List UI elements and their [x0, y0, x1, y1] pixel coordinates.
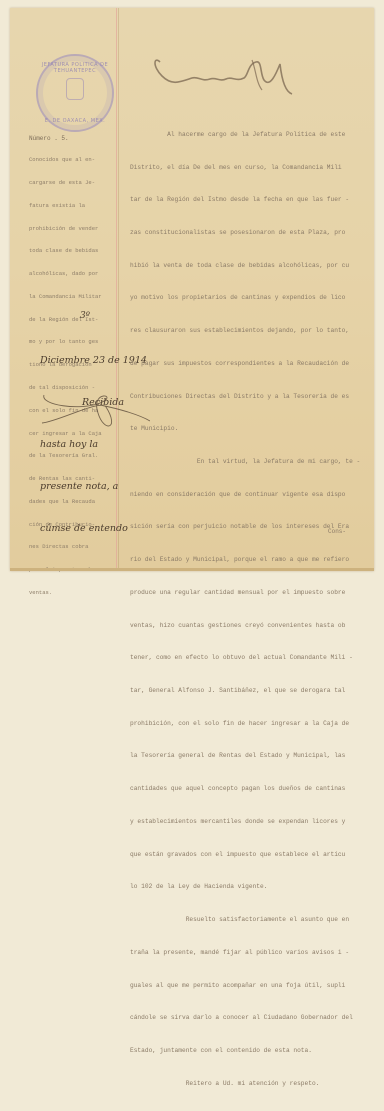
- handwritten-day: 3º: [80, 311, 90, 321]
- document-page: JEFATURA POLITICA DE TEHUANTEPEC E. DE O…: [10, 8, 374, 571]
- summary-line: fatura existia la: [29, 202, 102, 210]
- summary-line: cargarse de esta Je-: [29, 179, 102, 187]
- seal-emblem-icon: [66, 78, 84, 100]
- body-line: Distrito, el día De del mes en curso, la…: [130, 163, 360, 174]
- body-line: Al hacerme cargo de la Jefatura Política…: [130, 130, 360, 141]
- summary-line: de la Región del Ist-: [29, 316, 102, 324]
- summary-line: por el impuesto sobre: [29, 566, 102, 574]
- body-line: sición sería con perjuicio notable de lo…: [130, 522, 360, 533]
- seal-bottom-text: E. DE OAXACA, MEX.: [38, 118, 112, 124]
- summary-line: Conocidos que al en-: [29, 156, 102, 164]
- seal-top-text: JEFATURA POLITICA DE TEHUANTEPEC: [38, 62, 112, 74]
- summary-line: la Comandancia Militar: [29, 293, 102, 301]
- body-line: res clausuraron sus establecimientos dej…: [130, 326, 360, 337]
- summary-line: prohibición de vender: [29, 225, 102, 233]
- letter-body: Al hacerme cargo de la Jefatura Política…: [130, 108, 360, 582]
- summary-line: alcohólicas, dado por: [29, 270, 102, 278]
- body-line: En tal virtud, la Jefatura de mi cargo, …: [130, 457, 360, 468]
- body-line: rio del Estado y Municipal, porque el ra…: [130, 555, 360, 566]
- summary-line: toda clase de bebidas: [29, 247, 102, 255]
- body-line: yo motivo los propietarios de cantinas y…: [130, 293, 360, 304]
- body-line: Contribuciones Directas del Distrito y a…: [130, 392, 360, 403]
- body-line: tar de la Región del Istmo desde la fech…: [130, 195, 360, 206]
- body-line: zas constitucionalistas se posesionaron …: [130, 228, 360, 239]
- body-line: niendo en consideración que de continuar…: [130, 490, 360, 501]
- body-line: de pagar sus impuestos correspondientes …: [130, 359, 360, 370]
- official-seal-stamp: JEFATURA POLITICA DE TEHUANTEPEC E. DE O…: [36, 54, 114, 132]
- body-line: hibió la venta de toda clase de bebidas …: [130, 261, 360, 272]
- closing-continuation: Cons-: [328, 528, 346, 535]
- signature-icon: [152, 52, 302, 102]
- body-line: te Municipio.: [130, 424, 360, 435]
